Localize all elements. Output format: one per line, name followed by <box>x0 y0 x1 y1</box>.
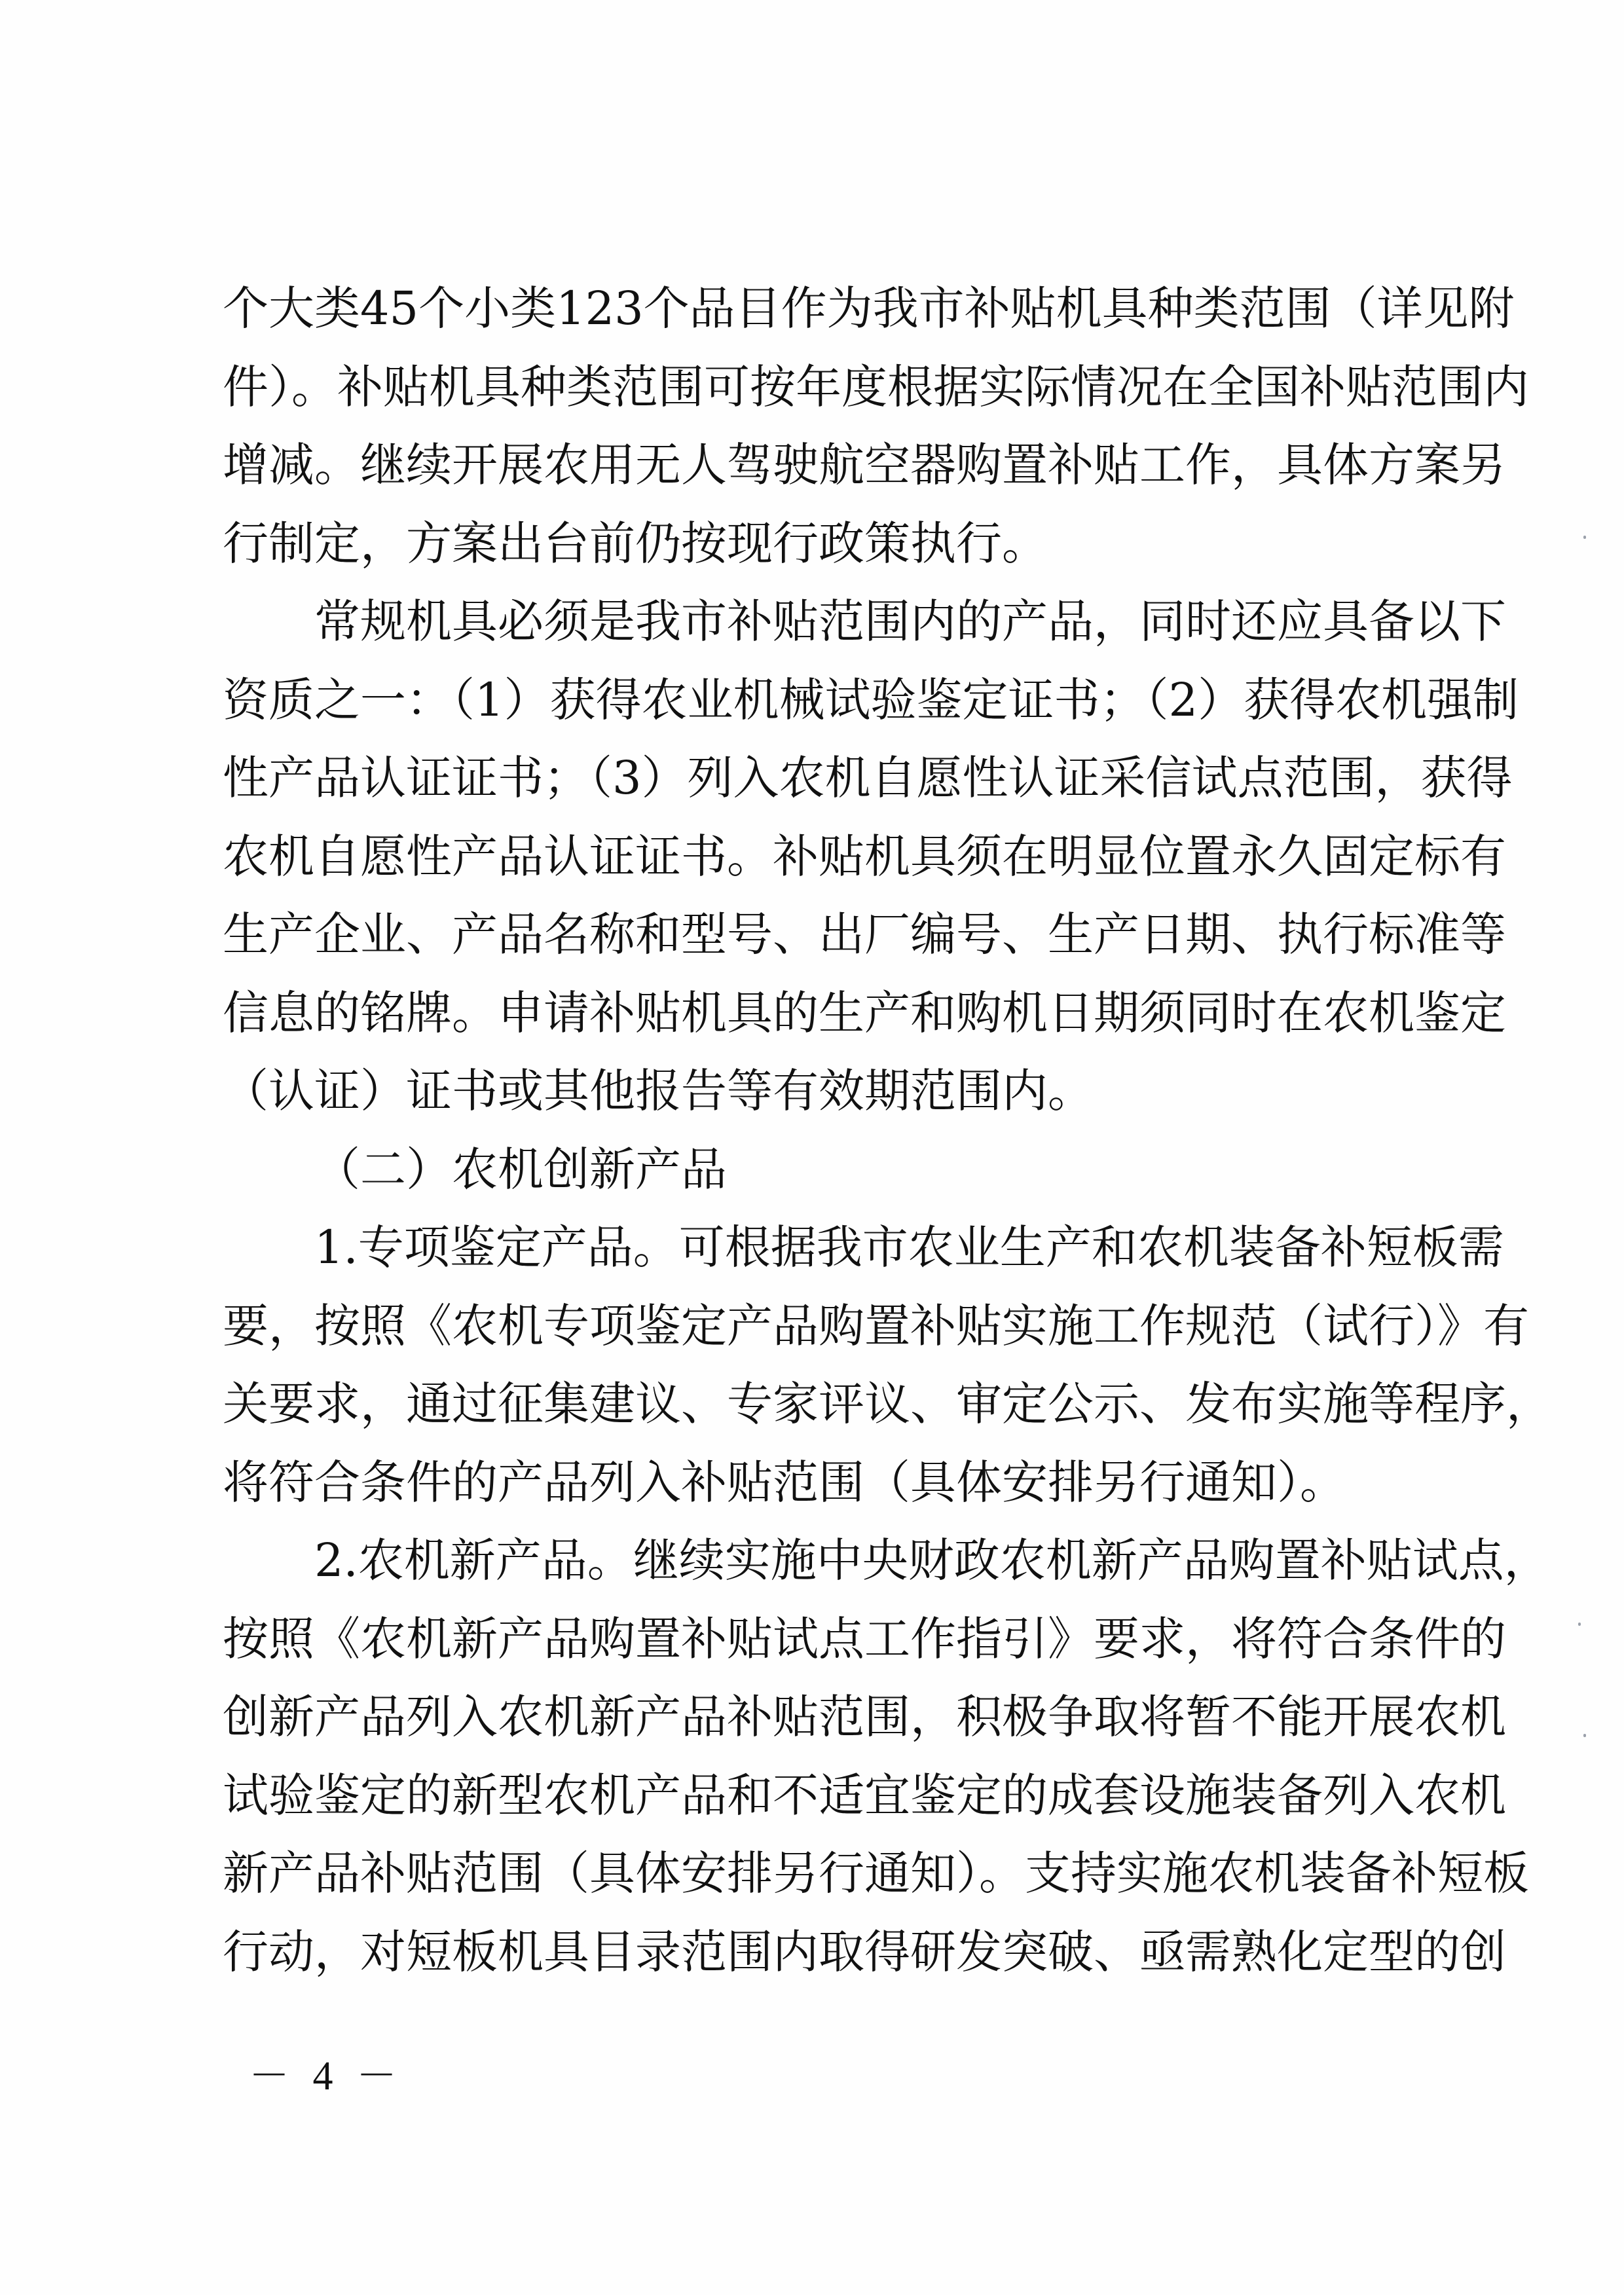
text-line: 常规机具必须是我市补贴范围内的产品，同时还应具备以下 <box>223 583 1428 661</box>
text-line: 2.农机新产品。继续实施中央财政农机新产品购置补贴试点， <box>223 1522 1428 1600</box>
text-line: 试验鉴定的新型农机产品和不适宜鉴定的成套设施装备列入农机 <box>223 1757 1428 1835</box>
text-line: 资质之一：（1）获得农业机械试验鉴定证书；（2）获得农机强制 <box>223 661 1428 740</box>
scan-artifact <box>1583 536 1586 539</box>
text-line: 按照《农机新产品购置补贴试点工作指引》要求，将符合条件的 <box>223 1600 1428 1679</box>
section-heading-innovative-products: （二）农机创新产品 <box>223 1131 1428 1209</box>
text-line: 行制定，方案出台前仍按现行政策执行。 <box>223 505 1428 583</box>
text-line: 要，按照《农机专项鉴定产品购置补贴实施工作规范（试行）》有 <box>223 1287 1428 1366</box>
text-line: 新产品补贴范围（具体安排另行通知）。支持实施农机装备补短板 <box>223 1835 1428 1913</box>
text-line: 件）。补贴机具种类范围可按年度根据实际情况在全国补贴范围内 <box>223 348 1428 427</box>
scan-artifact <box>1578 1623 1581 1626</box>
text-line: 创新产品列入农机新产品补贴范围，积极争取将暂不能开展农机 <box>223 1678 1428 1757</box>
paragraph-new-agricultural-machinery-products: 2.农机新产品。继续实施中央财政农机新产品购置补贴试点， 按照《农机新产品购置补… <box>223 1522 1428 1991</box>
text-line: 关要求，通过征集建议、专家评议、审定公示、发布实施等程序， <box>223 1365 1428 1444</box>
text-line: 农机自愿性产品认证证书。补贴机具须在明显位置永久固定标有 <box>223 818 1428 896</box>
text-line: 将符合条件的产品列入补贴范围（具体安排另行通知）。 <box>223 1444 1428 1522</box>
text-line: 性产品认证证书；（3）列入农机自愿性认证采信试点范围，获得 <box>223 739 1428 818</box>
scan-artifact <box>1583 1734 1586 1737</box>
text-line: （认证）证书或其他报告等有效期范围内。 <box>223 1052 1428 1131</box>
text-line: 1.专项鉴定产品。可根据我市农业生产和农机装备补短板需 <box>223 1209 1428 1287</box>
text-line: 信息的铭牌。申请补贴机具的生产和购机日期须同时在农机鉴定 <box>223 974 1428 1053</box>
document-page: 个大类45个小类123个品目作为我市补贴机具种类范围（详见附 件）。补贴机具种类… <box>0 0 1624 2295</box>
page-number: － 4 － <box>249 2043 403 2101</box>
document-body: 个大类45个小类123个品目作为我市补贴机具种类范围（详见附 件）。补贴机具种类… <box>223 270 1428 1991</box>
text-line: 增减。继续开展农用无人驾驶航空器购置补贴工作，具体方案另 <box>223 426 1428 505</box>
text-line: 个大类45个小类123个品目作为我市补贴机具种类范围（详见附 <box>223 270 1428 348</box>
paragraph-subsidy-scope: 个大类45个小类123个品目作为我市补贴机具种类范围（详见附 件）。补贴机具种类… <box>223 270 1428 583</box>
text-line: 生产企业、产品名称和型号、出厂编号、生产日期、执行标准等 <box>223 896 1428 974</box>
paragraph-regular-machinery-requirements: 常规机具必须是我市补贴范围内的产品，同时还应具备以下 资质之一：（1）获得农业机… <box>223 583 1428 1131</box>
paragraph-special-appraisal-products: 1.专项鉴定产品。可根据我市农业生产和农机装备补短板需 要，按照《农机专项鉴定产… <box>223 1209 1428 1522</box>
text-line: 行动，对短板机具目录范围内取得研发突破、亟需熟化定型的创 <box>223 1913 1428 1992</box>
